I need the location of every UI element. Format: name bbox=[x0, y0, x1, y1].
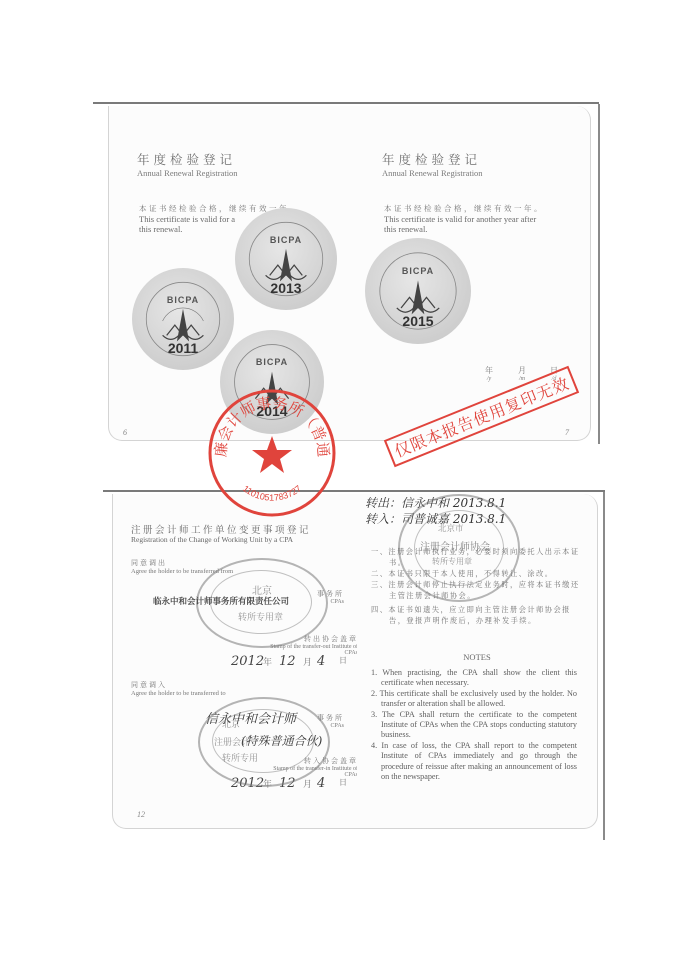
validity-text-cn: 本证书经检验合格，继续有效一年。 bbox=[384, 203, 544, 214]
transfer-out-firm-stamp: 临永中和会计师事务所有限责任公司 bbox=[153, 595, 289, 607]
page-title-cn: 年度检验登记 bbox=[137, 150, 236, 168]
page-title-en: Registration of the Change of Working Un… bbox=[131, 535, 293, 544]
transfer-in-label-en: Agree the holder to be transferred to bbox=[131, 690, 226, 697]
top-spread-top-edge bbox=[93, 102, 599, 104]
page-number: 7 bbox=[565, 428, 569, 437]
seal-year: 2011 bbox=[132, 340, 234, 356]
seal-org: BICPA bbox=[132, 295, 234, 305]
bottom-spread-top-edge bbox=[103, 490, 605, 492]
seal-org: BICPA bbox=[235, 235, 337, 245]
page-title-en: Annual Renewal Registration bbox=[382, 168, 483, 178]
seal-year: 2013 bbox=[235, 280, 337, 296]
transfer-in-oval-stamp: 北京 注册会计 转所专用 bbox=[198, 697, 330, 787]
bicpa-seal-2015: BICPA 2015 bbox=[365, 238, 471, 344]
star-icon bbox=[252, 436, 292, 473]
date-year-label: 年 /y bbox=[485, 365, 493, 382]
transfer-out-label-cn: 同意调出 bbox=[131, 558, 167, 568]
bicpa-seal-2013: BICPA 2013 bbox=[235, 208, 337, 310]
validity-text-en: This certificate is valid for another ye… bbox=[384, 214, 536, 234]
red-seal-number: 1101051783727 bbox=[241, 483, 303, 502]
transfer-out-date: 2012 年 12 月 4 日 bbox=[231, 654, 351, 674]
validity-text-en: This certificate is valid for a this ren… bbox=[139, 214, 235, 234]
page-title-en: Annual Renewal Registration bbox=[137, 168, 238, 178]
bottom-spread-right-edge bbox=[603, 492, 605, 840]
association-round-stamp: 北京市 注册会计师协会 转所专用章 bbox=[398, 494, 520, 602]
svg-text:1101051783727: 1101051783727 bbox=[241, 483, 303, 502]
page-number: 6 bbox=[123, 428, 127, 437]
bicpa-seal-2011: BICPA 2011 bbox=[132, 268, 234, 370]
page-number: 12 bbox=[137, 810, 145, 819]
red-seal-graphic: 北京中廉会计师事务所（普通合伙） 1101051783727 bbox=[205, 386, 339, 520]
notes-list: 1. When practising, the CPA shall show t… bbox=[371, 668, 577, 782]
transfer-in-label-cn: 同意调入 bbox=[131, 680, 167, 690]
firm-red-round-seal: 北京中廉会计师事务所（普通合伙） 1101051783727 bbox=[205, 386, 339, 520]
seal-org: BICPA bbox=[220, 357, 324, 367]
notes-title: NOTES bbox=[357, 652, 597, 662]
date-month-label: 月 /m bbox=[518, 365, 526, 382]
seal-org: BICPA bbox=[365, 266, 471, 276]
seal-year: 2015 bbox=[365, 313, 471, 329]
page-title-cn: 注册会计师工作单位变更事项登记 bbox=[131, 522, 311, 536]
page-title-cn: 年度检验登记 bbox=[382, 150, 481, 168]
top-spread-right-edge bbox=[598, 104, 600, 444]
